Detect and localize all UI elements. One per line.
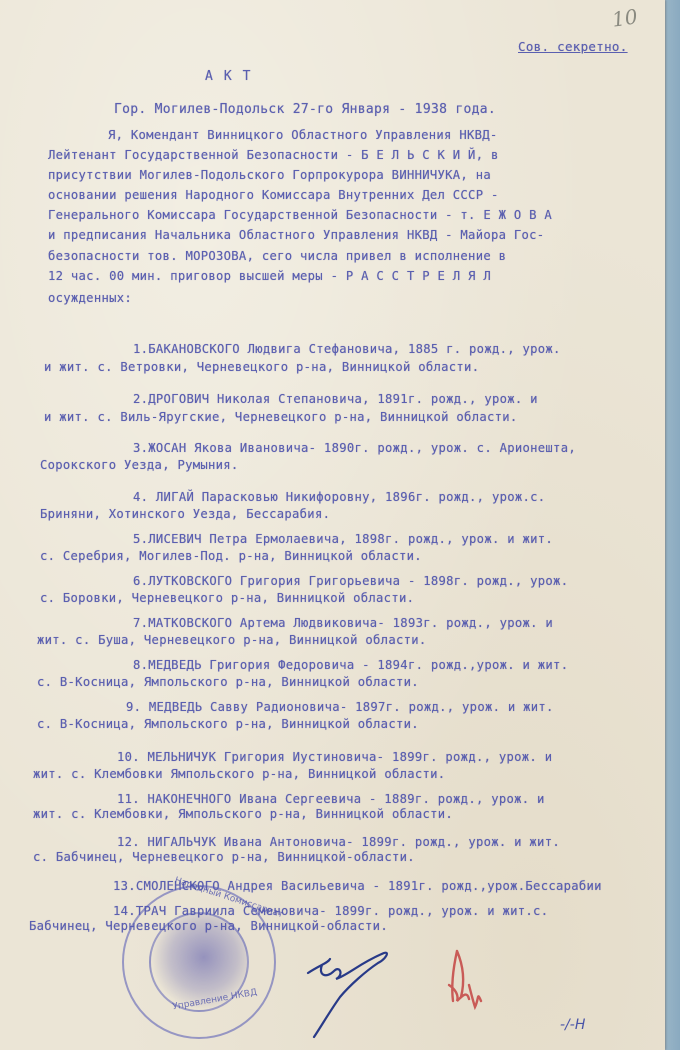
entry-line: 5.ЛИСЕВИЧ Петра Ермолаевича, 1898г. рожд… — [133, 532, 553, 546]
entry-line: жит. с. Клембовки, Ямпольского р-на, Вин… — [33, 807, 453, 821]
entry-line: 9. МЕДВЕДЬ Савву Радионовича- 1897г. рож… — [126, 700, 554, 714]
preamble-line: присутствии Могилев-Подольского Горпроку… — [48, 168, 491, 182]
document-title: АКТ — [205, 70, 261, 84]
preamble-line: Я, Комендант Винницкого Областного Управ… — [108, 128, 498, 142]
place-and-date: Гор. Могилев-Подольск 27-го Января - 193… — [114, 103, 496, 117]
entry-line: Бриняни, Хотинского Уезда, Бессарабия. — [40, 507, 330, 521]
entry-line: жит. с. Буша, Черневецкого р-на, Винницк… — [37, 633, 427, 647]
commandant-signature — [300, 945, 410, 1045]
background-edge — [663, 0, 680, 1050]
entry-line: жит. с. Клембовки Ямпольского р-на, Винн… — [33, 767, 445, 781]
entry-line: 11. НАКОНЕЧНОГО Ивана Сергеевича - 1889г… — [117, 792, 545, 806]
preamble-line: Лейтенант Государственной Безопасности -… — [48, 148, 499, 162]
entry-line: Сорокского Уезда, Румыния. — [40, 458, 239, 472]
entry-line: 4. ЛИГАЙ Парасковью Никифоровну, 1896г. … — [133, 490, 545, 504]
official-stamp: Народный Комиссариат Управление НКВД — [122, 885, 276, 1039]
entry-line: с. Боровки, Черневецкого р-на, Винницкой… — [40, 591, 414, 605]
entry-line: с. Бабчинец, Черневецкого р-на, Винницко… — [33, 850, 415, 864]
prosecutor-signature — [435, 945, 495, 1025]
entry-line: 3.ЖОСАН Якова Ивановича- 1890г. рожд., у… — [133, 441, 576, 455]
preamble-line: основании решения Народного Комиссара Вн… — [48, 188, 499, 202]
entry-line: 12. НИГАЛЬЧУК Ивана Антоновича- 1899г. р… — [117, 835, 560, 849]
document-page: 10 Сов. секретно. АКТ Гор. Могилев-Подол… — [0, 0, 665, 1050]
document-mark: -/-Н — [560, 1017, 585, 1033]
entry-line: 8.МЕДВЕДЬ Григория Федоровича - 1894г. р… — [133, 658, 568, 672]
preamble-line: осужденных: — [48, 291, 132, 305]
preamble-line: безопасности тов. МОРОЗОВА, сего числа п… — [48, 249, 506, 263]
preamble-line: и предписания Начальника Областного Упра… — [48, 228, 544, 242]
preamble-line: 12 час. 00 мин. приговор высшей меры - Р… — [48, 269, 491, 283]
entry-line: 2.ДРОГОВИЧ Николая Степановича, 1891г. р… — [133, 392, 538, 406]
preamble-line: Генерального Комиссара Государственной Б… — [48, 208, 552, 222]
page-number: 10 — [610, 4, 639, 31]
entry-line: и жит. с. Виль-Яругские, Черневецкого р-… — [44, 410, 518, 424]
entry-line: 6.ЛУТКОВСКОГО Григория Григорьевича - 18… — [133, 574, 568, 588]
entry-line: 10. МЕЛЬНИЧУК Григория Иустиновича- 1899… — [117, 750, 552, 764]
entry-line: с. В-Косница, Ямпольского р-на, Винницко… — [37, 675, 419, 689]
entry-line: с. Серебрия, Могилев-Под. р-на, Винницко… — [40, 549, 422, 563]
entry-line: и жит. с. Ветровки, Черневецкого р-на, В… — [44, 360, 479, 374]
entry-line: 1.БАКАНОВСКОГО Людвига Стефановича, 1885… — [133, 342, 561, 356]
entry-line: 7.МАТКОВСКОГО Артема Людвиковича- 1893г.… — [133, 616, 553, 630]
entry-line: с. В-Косница, Ямпольского р-на, Винницко… — [37, 717, 419, 731]
classification-mark: Сов. секретно. — [518, 40, 628, 54]
